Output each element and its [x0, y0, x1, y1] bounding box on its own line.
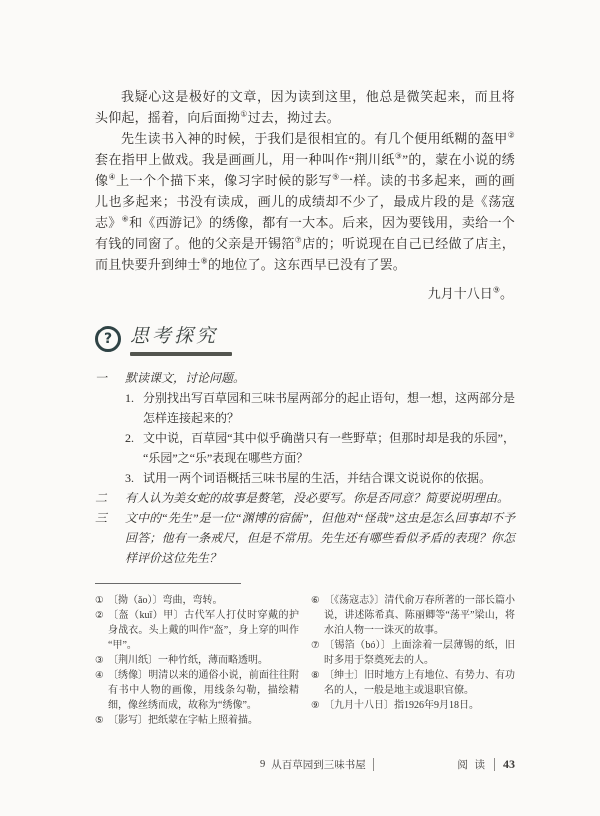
footnote-text: 〔绅士〕旧时地方上有地位、有势力、有功名的人，一般是地主或退职官僚。: [324, 668, 515, 698]
question-item-3: 三 文中的“先生”是一位“渊博的宿儒”，但他对“怪哉”这虫是怎么回事却不予回答；…: [95, 508, 515, 568]
footnote-ref: ①: [240, 110, 247, 119]
page-footer: 9 从百草园到三味书屋 阅 读 43: [95, 757, 515, 772]
section-header: ? 思考探究: [95, 324, 515, 356]
footer-divider-bar: [373, 758, 374, 771]
footnote-ref: ⑤: [332, 173, 340, 182]
section-title-underline: [130, 352, 232, 356]
lesson-number: 9: [260, 759, 265, 770]
question-text: 有人认为美女蛇的故事是赘笔，没必要写。你是否同意？简要说明理由。: [125, 488, 515, 508]
footnote-number: ③: [95, 653, 108, 668]
question-text: 默读课文，讨论问题。: [125, 368, 515, 388]
footnote-number: ④: [95, 668, 108, 713]
lesson-title: 从百草园到三味书屋: [271, 757, 366, 772]
footer-section-label: 阅 读: [457, 757, 487, 772]
body-paragraph-1: 我疑心这是极好的文章，因为读到这里，他总是微笑起来，而且将头仰起，摇着，向后面拗…: [95, 86, 515, 128]
question-number: 三: [95, 508, 125, 568]
question-item-2: 二 有人认为美女蛇的故事是赘笔，没必要写。你是否同意？简要说明理由。: [95, 488, 515, 508]
footnote-number: ②: [95, 608, 108, 653]
question-item-1: 一 默读课文，讨论问题。: [95, 368, 515, 388]
footnote-text: 〔荆川纸〕一种竹纸，薄而略透明。: [108, 653, 299, 668]
footnote-2: ② 〔盔（kuī）甲〕古代军人打仗时穿戴的护身战衣。头上戴的叫作“盔”，身上穿的…: [95, 608, 299, 653]
section-title: 思考探究: [130, 324, 232, 350]
page-content: 我疑心这是极好的文章，因为读到这里，他总是微笑起来，而且将头仰起，摇着，向后面拗…: [95, 86, 515, 728]
sub-question-number: 1.: [125, 388, 143, 428]
footnote-text: 〔锡箔（bó）〕上面涂着一层薄锡的纸，旧时多用于祭奠死去的人。: [324, 638, 515, 668]
textbook-page: 我疑心这是极好的文章，因为读到这里，他总是微笑起来，而且将头仰起，摇着，向后面拗…: [0, 0, 600, 816]
footnote-number: ①: [95, 593, 108, 608]
sub-question-text: 文中说，百草园“其中似乎确凿只有一些野草；但那时却是我的乐园”，“乐园”之“乐”…: [143, 428, 515, 468]
footnote-text: 〔影写〕把纸蒙在字帖上照着描。: [108, 713, 299, 728]
sub-question-1-1: 1. 分别找出写百草园和三味书屋两部分的起止语句，想一想，这两部分是怎样连接起来…: [125, 388, 515, 428]
footnote-number: ⑨: [311, 698, 324, 713]
page-number: 43: [503, 757, 515, 772]
question-mark-glyph: ?: [104, 332, 112, 346]
footnote-divider: [95, 583, 241, 584]
footnote-8: ⑧ 〔绅士〕旧时地方上有地位、有势力、有功名的人，一般是地主或退职官僚。: [311, 668, 515, 698]
sub-question-number: 3.: [125, 468, 143, 488]
footnote-text: 〔《荡寇志》〕清代俞万春所著的一部长篇小说，讲述陈希真、陈丽卿等“荡平”梁山，将…: [324, 593, 515, 638]
footnote-text: 〔九月十八日〕指1926年9月18日。: [324, 698, 515, 713]
sub-question-text: 试用一两个词语概括三味书屋的生活，并结合课文说说你的依据。: [143, 468, 515, 488]
date-line: 九月十八日⑨。: [95, 283, 513, 304]
sub-question-number: 2.: [125, 428, 143, 468]
footer-divider-bar: [494, 758, 495, 771]
footnote-number: ⑥: [311, 593, 324, 638]
body-paragraph-2: 先生读书入神的时候，于我们是很相宜的。有几个便用纸糊的盔甲②套在指甲上做戏。我是…: [95, 128, 515, 275]
footnote-number: ⑧: [311, 668, 324, 698]
question-number: 一: [95, 368, 125, 388]
footnote-ref: ⑨: [493, 286, 500, 295]
footnote-1: ① 〔拗（ǎo）〕弯曲，弯转。: [95, 593, 299, 608]
footnote-6: ⑥ 〔《荡寇志》〕清代俞万春所著的一部长篇小说，讲述陈希真、陈丽卿等“荡平”梁山…: [311, 593, 515, 638]
sub-question-1-2: 2. 文中说，百草园“其中似乎确凿只有一些野草；但那时却是我的乐园”，“乐园”之…: [125, 428, 515, 468]
footnotes-left-column: ① 〔拗（ǎo）〕弯曲，弯转。 ② 〔盔（kuī）甲〕古代军人打仗时穿戴的护身战…: [95, 593, 299, 728]
questions-list: 一 默读课文，讨论问题。 1. 分别找出写百草园和三味书屋两部分的起止语句，想一…: [95, 368, 515, 568]
sub-question-1-3: 3. 试用一两个词语概括三味书屋的生活，并结合课文说说你的依据。: [125, 468, 515, 488]
footnote-text: 〔盔（kuī）甲〕古代军人打仗时穿戴的护身战衣。头上戴的叫作“盔”，身上穿的叫作…: [108, 608, 299, 653]
footer-lesson: 9 从百草园到三味书屋: [260, 757, 366, 772]
footnote-text: 〔绣像〕明清以来的通俗小说，前面往往附有书中人物的画像，用线条勾勒，描绘精细，像…: [108, 668, 299, 713]
footnote-3: ③ 〔荆川纸〕一种竹纸，薄而略透明。: [95, 653, 299, 668]
question-text: 文中的“先生”是一位“渊博的宿儒”，但他对“怪哉”这虫是怎么回事却不予回答；他有…: [125, 508, 515, 568]
footnote-9: ⑨ 〔九月十八日〕指1926年9月18日。: [311, 698, 515, 713]
footnote-5: ⑤ 〔影写〕把纸蒙在字帖上照着描。: [95, 713, 299, 728]
footnotes: ① 〔拗（ǎo）〕弯曲，弯转。 ② 〔盔（kuī）甲〕古代军人打仗时穿戴的护身战…: [95, 593, 515, 728]
footnote-7: ⑦ 〔锡箔（bó）〕上面涂着一层薄锡的纸，旧时多用于祭奠死去的人。: [311, 638, 515, 668]
footnote-number: ⑦: [311, 638, 324, 668]
question-mark-icon: ?: [95, 326, 121, 352]
question-number: 二: [95, 488, 125, 508]
footnotes-right-column: ⑥ 〔《荡寇志》〕清代俞万春所著的一部长篇小说，讲述陈希真、陈丽卿等“荡平”梁山…: [311, 593, 515, 728]
footnote-number: ⑤: [95, 713, 108, 728]
footnote-text: 〔拗（ǎo）〕弯曲，弯转。: [108, 593, 299, 608]
footnote-ref: ⑥: [122, 215, 129, 224]
footnote-ref: ②: [508, 131, 515, 140]
footnote-4: ④ 〔绣像〕明清以来的通俗小说，前面往往附有书中人物的画像，用线条勾勒，描绘精细…: [95, 668, 299, 713]
section-title-wrap: 思考探究: [130, 324, 232, 356]
sub-question-text: 分别找出写百草园和三味书屋两部分的起止语句，想一想，这两部分是怎样连接起来的？: [143, 388, 515, 428]
footnote-ref: ⑧: [201, 257, 208, 266]
